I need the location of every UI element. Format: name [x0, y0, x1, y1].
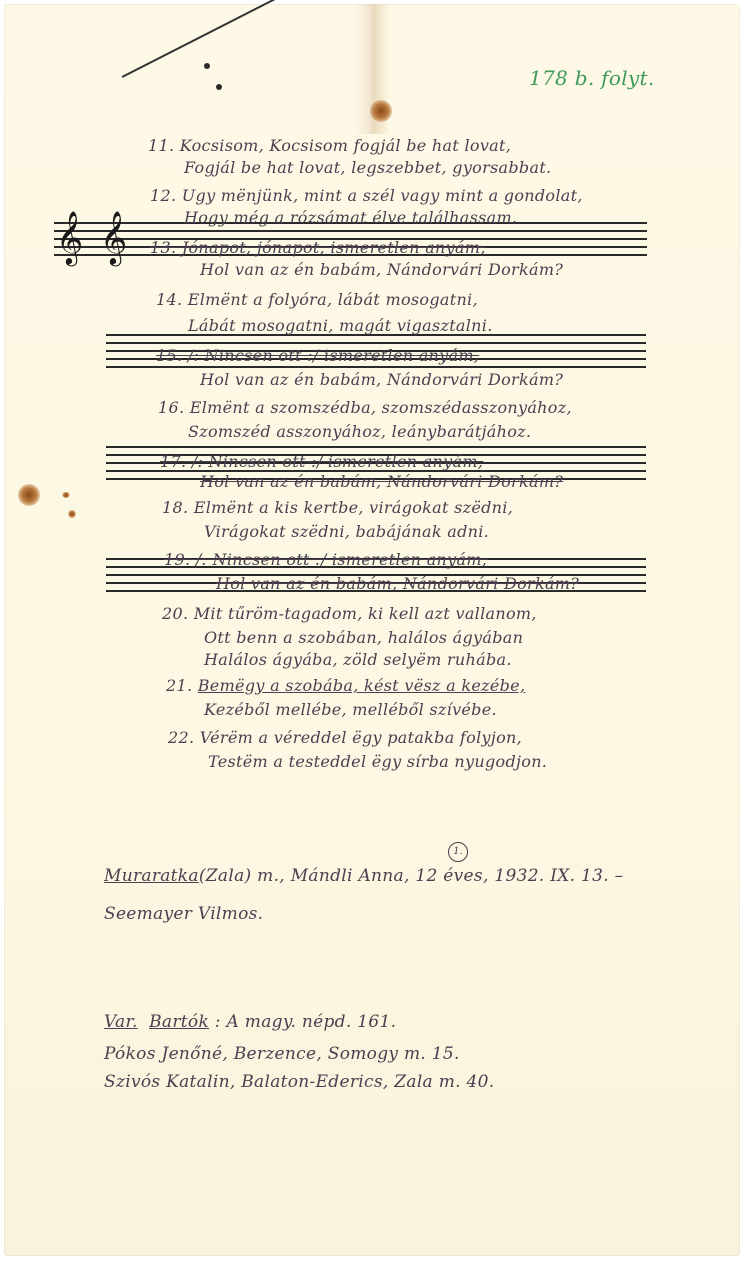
verse-11: 11. Kocsisom, Kocsisom fogjál be hat lov…: [148, 136, 511, 155]
repeat-sign-dot: [216, 84, 222, 90]
rust-stain: [62, 492, 70, 498]
verse-13: 13. Jónapot, jónapot, ismeretlen anyám,: [150, 238, 486, 257]
verse-17-line-2: Hol van az én babám, Nándorvári Dorkám?: [200, 472, 563, 491]
verse-12-line-2: Hogy még a rózsámat élve találhassam.: [184, 208, 517, 227]
collector-name: Seemayer Vilmos.: [104, 904, 263, 924]
verse-20-line-2: Ott benn a szobában, halálos ágyában: [204, 628, 523, 647]
verse-14: 14. Elmënt a folyóra, lábát mosogatni,: [156, 290, 478, 309]
verse-21-line-2: Kezéből mellébe, melléből szívébe.: [204, 700, 497, 719]
verse-15-line-2: Hol van az én babám, Nándorvári Dorkám?: [200, 370, 563, 389]
verse-17: 17. /: Nincsen ott :/ ismeretlen anyám,: [160, 452, 483, 471]
verse-13-line-2: Hol van az én babám, Nándorvári Dorkám?: [200, 260, 563, 279]
verse-12: 12. Ugy mënjünk, mint a szél vagy mint a…: [150, 186, 583, 205]
verse-20-line-3: Halálos ágyába, zöld selyëm ruhába.: [204, 650, 512, 669]
verse-16-line-2: Szomszéd asszonyához, leánybarátjához.: [188, 422, 531, 441]
rust-stain: [370, 100, 392, 122]
verse-22: 22. Vérëm a véreddel ëgy patakba folyjon…: [168, 728, 522, 747]
verse-18-line-2: Virágokat szëdni, babájának adni.: [204, 522, 489, 541]
variant-line-2: Pókos Jenőné, Berzence, Somogy m. 15.: [104, 1044, 460, 1064]
verse-19-line-2: Hol van az én babám, Nándorvári Dorkám?: [216, 574, 579, 593]
manuscript-page: 178 b. folyt. 𝄞 𝄞 11. Kocsisom, Kocsisom…: [4, 4, 740, 1256]
treble-clef-icon: 𝄞: [56, 214, 83, 260]
verse-15: 15. /: Nincsen ott :/ ismeretlen anyám,: [156, 346, 479, 365]
rust-stain: [18, 484, 40, 506]
verse-18: 18. Elmënt a kis kertbe, virágokat szëdn…: [162, 498, 513, 517]
rust-stain: [68, 510, 76, 518]
verse-19: 19. /: Nincsen ott :/ ismeretlen anyám,: [164, 550, 487, 569]
verse-16: 16. Elmënt a szomszédba, szomszédasszony…: [158, 398, 572, 417]
verse-22-line-2: Testëm a testeddel ëgy sírba nyugodjon.: [208, 752, 547, 771]
source-line: Muraratka(Zala) m., Mándli Anna, 12 éves…: [104, 866, 624, 886]
catalog-note: 178 b. folyt.: [529, 66, 654, 90]
verse-14-line-2: Lábát mosogatni, magát vigasztalni.: [188, 316, 493, 335]
verse-21: 21. Bemëgy a szobába, kést vësz a kezébe…: [166, 676, 525, 695]
verse-20: 20. Mit tűröm-tagadom, ki kell azt valla…: [162, 604, 537, 623]
treble-clef-icon: 𝄞: [100, 214, 127, 260]
circled-number: 1.: [448, 842, 468, 862]
variants-reference: Var. Bartók : A magy. népd. 161.: [104, 1012, 396, 1032]
verse-11-line-2: Fogjál be hat lovat, legszebbet, gyorsab…: [184, 158, 551, 177]
repeat-sign-slash: [122, 0, 301, 78]
variant-line-3: Szivós Katalin, Balaton-Ederics, Zala m.…: [104, 1072, 494, 1092]
repeat-sign-dot: [204, 63, 210, 69]
